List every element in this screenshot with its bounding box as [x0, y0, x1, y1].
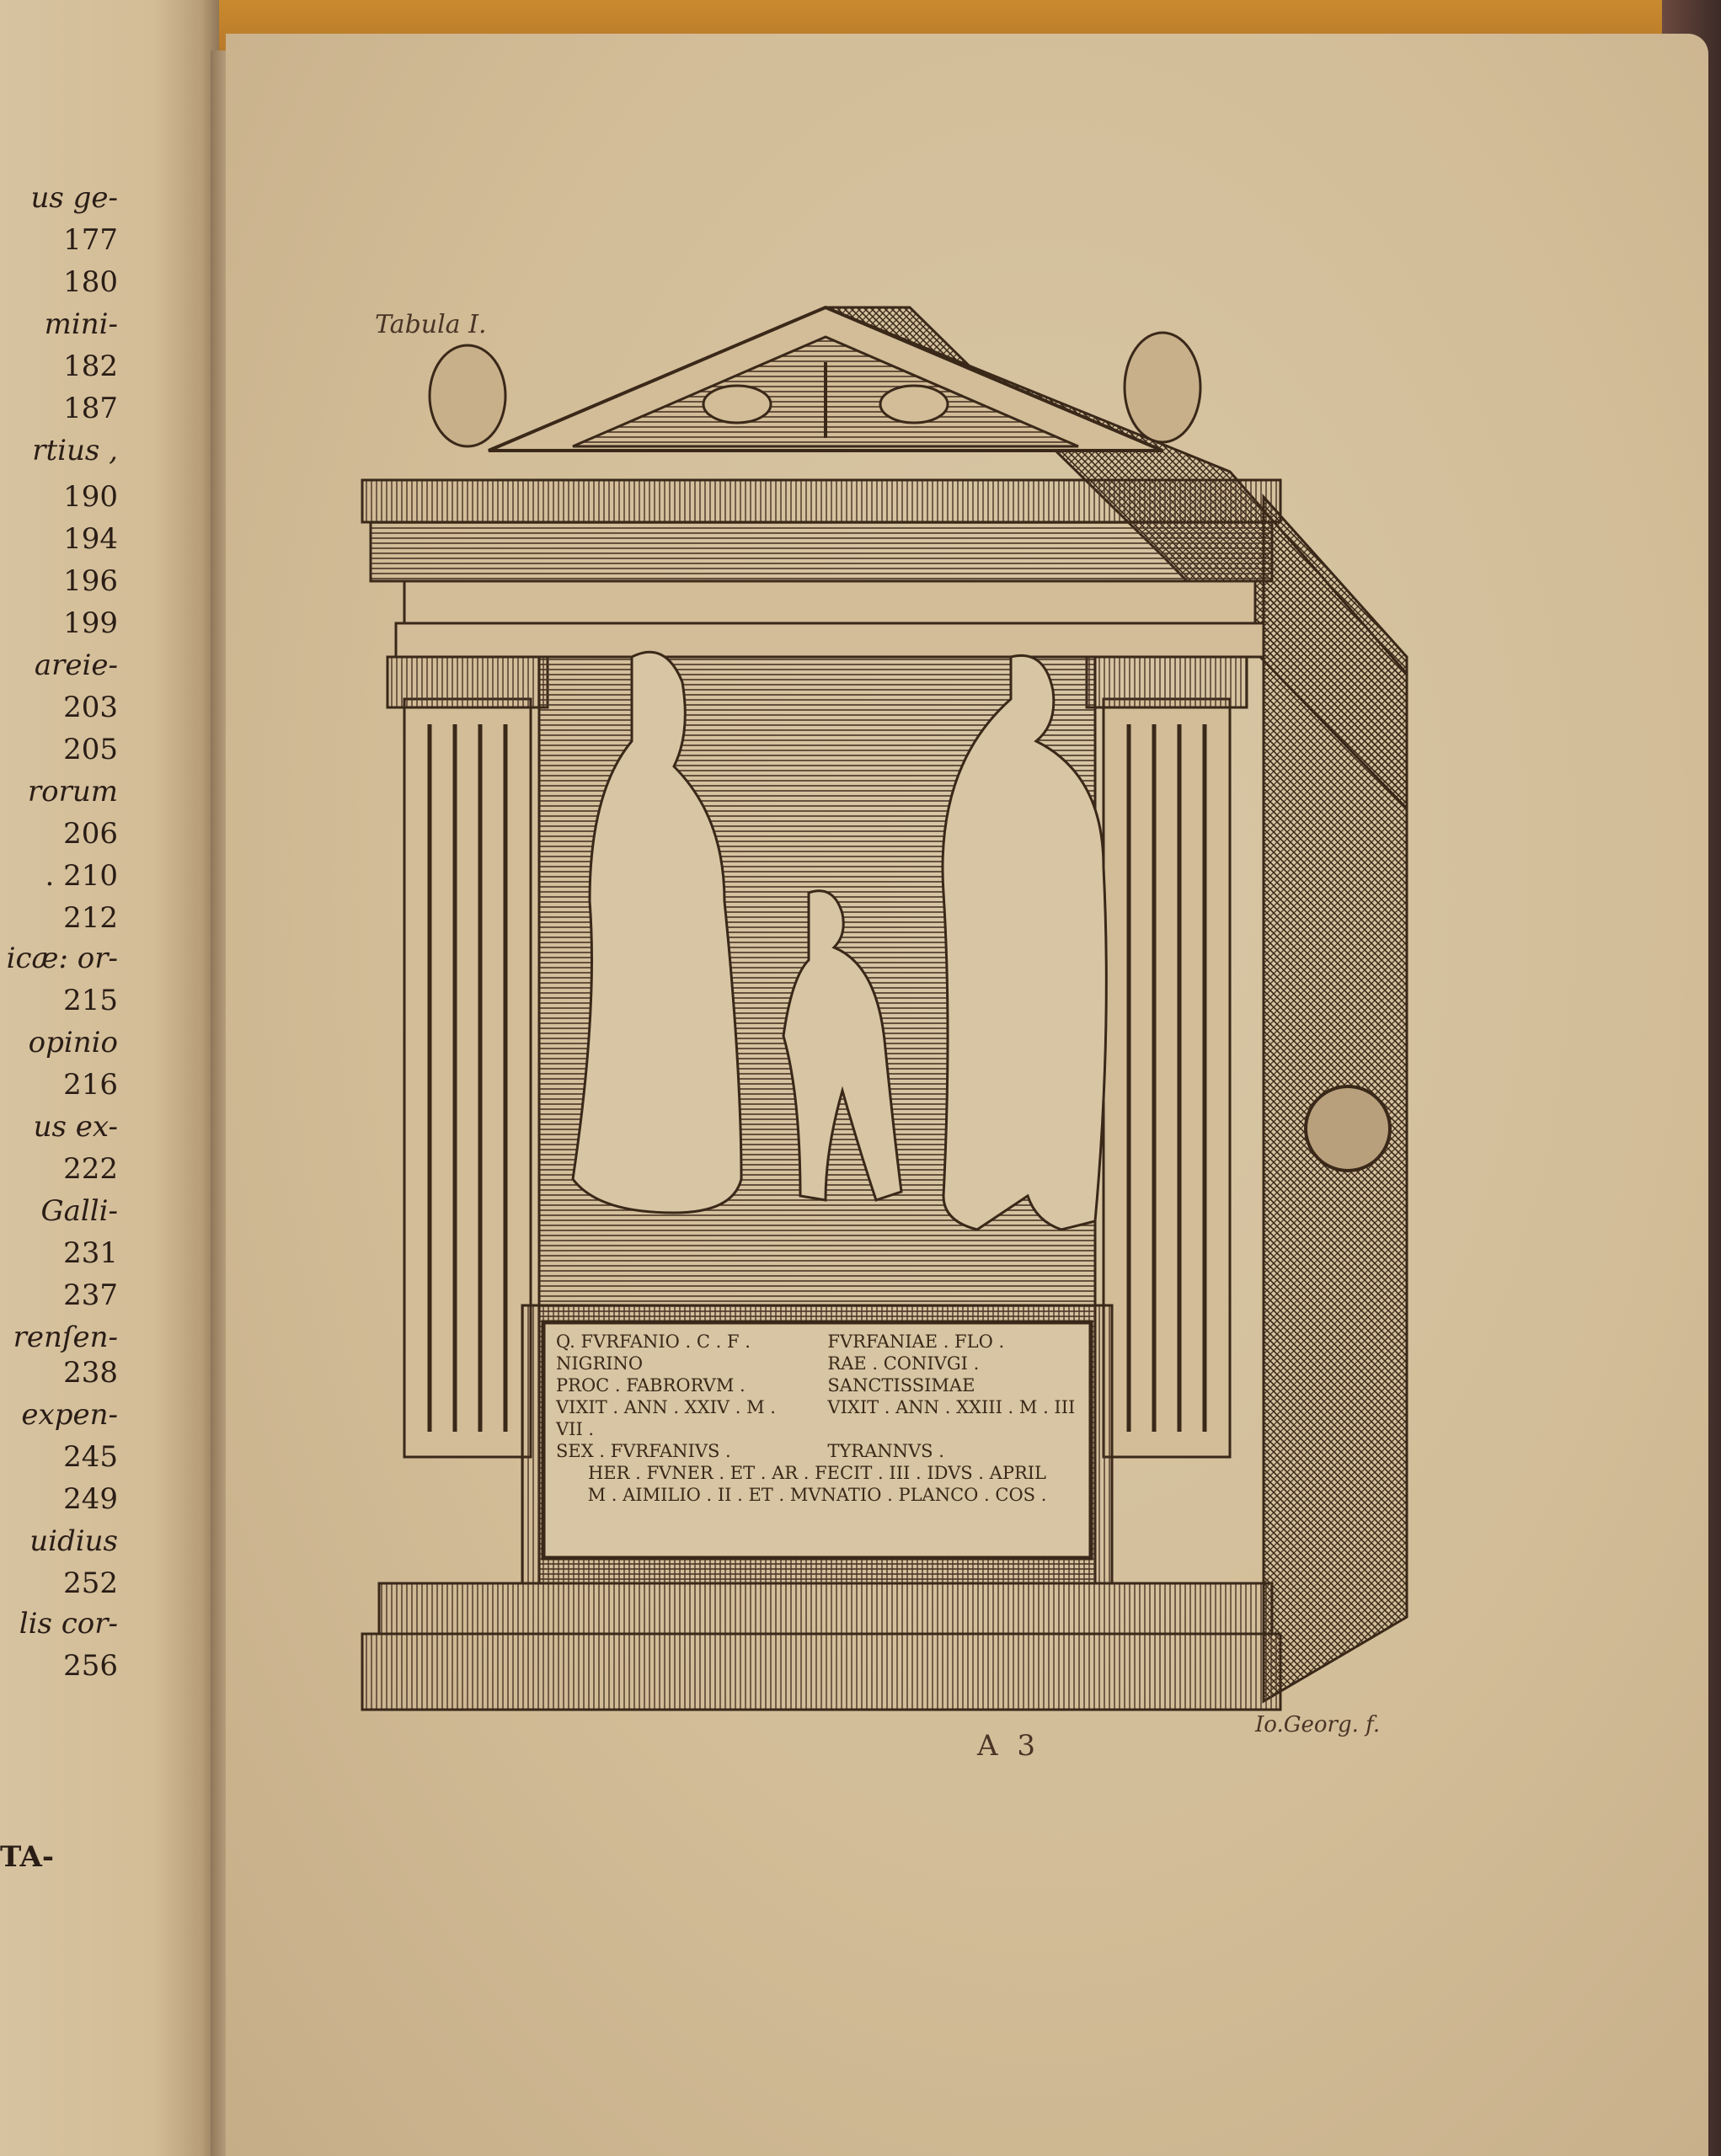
index-entry: 231 [63, 1236, 118, 1270]
inscription-full-line: HER . FVNER . ET . AR . FECIT . III . ID… [556, 1462, 1078, 1484]
engraver-credit: Io.Georg. f. [1255, 1712, 1380, 1737]
index-entry: renſen- [13, 1321, 118, 1354]
index-entry: 203 [63, 691, 118, 724]
mask-left-icon [430, 345, 505, 446]
bird-left-icon [703, 386, 771, 423]
index-entry: 215 [63, 984, 118, 1017]
index-entry: 222 [63, 1152, 118, 1186]
index-entry: 194 [63, 522, 118, 556]
cornice [362, 480, 1280, 522]
index-entry: mini- [45, 307, 118, 341]
inscription-right-line: SANCTISSIMAE [827, 1374, 1078, 1396]
index-entry: 180 [63, 265, 118, 299]
index-entry: 216 [63, 1068, 118, 1102]
index-entry: 245 [63, 1440, 118, 1474]
inscription-left-line: SEX . FVRFANIVS . [556, 1440, 807, 1462]
index-entry: expen- [21, 1398, 118, 1432]
index-entry: 199 [63, 606, 118, 640]
index-entry: 238 [63, 1356, 118, 1390]
index-entry: icæ: or- [7, 942, 118, 975]
index-entry: lis cor- [19, 1607, 118, 1641]
inscription-left-line: NIGRINO [556, 1353, 807, 1374]
inscription-right-line: RAE . CONIVGI . [827, 1353, 1078, 1374]
inscription-row: SEX . FVRFANIVS .TYRANNVS . [556, 1440, 1078, 1462]
left-page: us ge-177180mini-182187rtius ,1901941961… [0, 0, 219, 2156]
index-entry: 190 [63, 480, 118, 514]
index-entry: 212 [63, 901, 118, 935]
pilaster-left [404, 699, 531, 1457]
index-entry: uidius [29, 1524, 118, 1558]
index-entry: 256 [63, 1649, 118, 1683]
inscription-row: VIXIT . ANN . XXIV . M . VII .VIXIT . AN… [556, 1396, 1078, 1440]
index-entry: 182 [63, 350, 118, 383]
index-entry: 196 [63, 564, 118, 598]
inscription-left-line: Q. FVRFANIO . C . F . [556, 1331, 807, 1353]
index-entry: 205 [63, 733, 118, 766]
pilaster-right [1104, 699, 1230, 1457]
catchword: TA- [0, 1840, 54, 1874]
inscription-left-line: VIXIT . ANN . XXIV . M . VII . [556, 1396, 807, 1440]
index-entry: 252 [63, 1566, 118, 1600]
inscription-left-line: PROC . FABRORVM . [556, 1374, 807, 1396]
altar-base [379, 1583, 1272, 1634]
rosette-icon [1306, 1086, 1390, 1171]
inscription-text: Q. FVRFANIO . C . F .FVRFANIAE . FLO . N… [556, 1331, 1078, 1533]
index-entry: rtius , [32, 434, 118, 467]
inscription-row: NIGRINORAE . CONIVGI . [556, 1353, 1078, 1374]
signature-mark: A 3 [977, 1729, 1040, 1763]
inscription-right-line: TYRANNVS . [827, 1440, 1078, 1462]
index-entry: Galli- [40, 1194, 118, 1228]
inscription-row: PROC . FABRORVM .SANCTISSIMAE [556, 1374, 1078, 1396]
index-entry: 206 [63, 817, 118, 851]
index-entry: opinio [29, 1026, 118, 1059]
inscription-right-line: FVRFANIAE . FLO . [827, 1331, 1078, 1353]
index-entry: 187 [63, 392, 118, 425]
inscription-full-line: M . AIMILIO . II . ET . MVNATIO . PLANCO… [556, 1484, 1078, 1506]
index-entry: 237 [63, 1278, 118, 1312]
inscription-row: Q. FVRFANIO . C . F .FVRFANIAE . FLO . [556, 1331, 1078, 1353]
capital-right [1087, 657, 1247, 707]
index-entry: us ex- [34, 1110, 118, 1144]
index-entry: us ge- [30, 181, 118, 215]
capital-left [387, 657, 548, 707]
index-entry: areie- [35, 648, 118, 682]
index-entry: 249 [63, 1482, 118, 1516]
bird-right-icon [880, 386, 948, 423]
inscription-right-line: VIXIT . ANN . XXIII . M . III [827, 1396, 1078, 1440]
index-entry: rorum [28, 775, 118, 808]
mask-right-icon [1125, 333, 1200, 442]
index-entry: 177 [63, 223, 118, 257]
index-entry: . 210 [45, 859, 118, 893]
